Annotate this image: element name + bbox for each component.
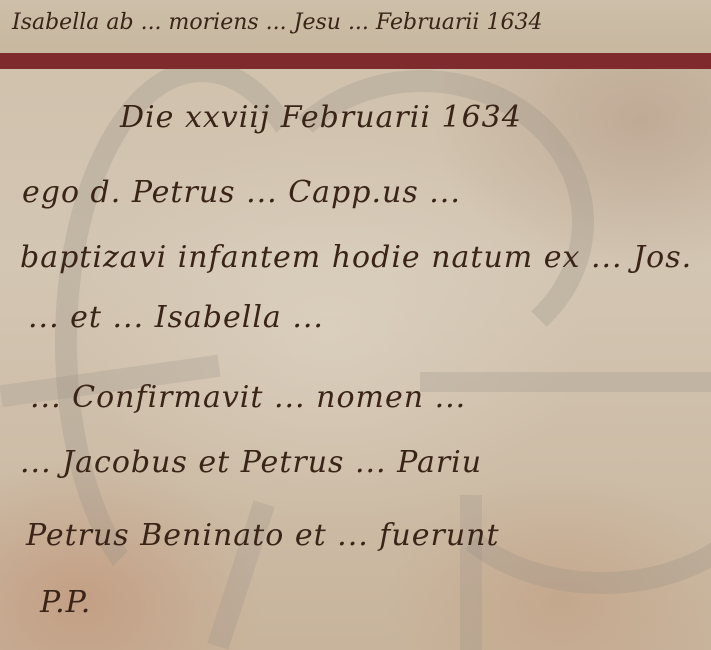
handwritten-line-date: Die xxviij Februarii 1634 (120, 100, 522, 135)
handwritten-line: ... Confirmavit ... nomen ... (30, 380, 466, 415)
handwritten-line: baptizavi infantem hodie natum ex ... Jo… (20, 240, 692, 275)
handwritten-line: ... et ... Isabella ... (28, 300, 324, 335)
handwritten-line-signature: P.P. (40, 585, 91, 620)
handwritten-line: ... Jacobus et Petrus ... Pariu (20, 445, 482, 480)
previous-entry-line: Isabella ab ... moriens ... Jesu ... Feb… (12, 10, 542, 35)
handwritten-line: Petrus Beninato et ... fuerunt (26, 518, 500, 553)
divider-band (0, 53, 711, 69)
handwritten-line: ego d. Petrus ... Capp.us ... (22, 175, 461, 210)
